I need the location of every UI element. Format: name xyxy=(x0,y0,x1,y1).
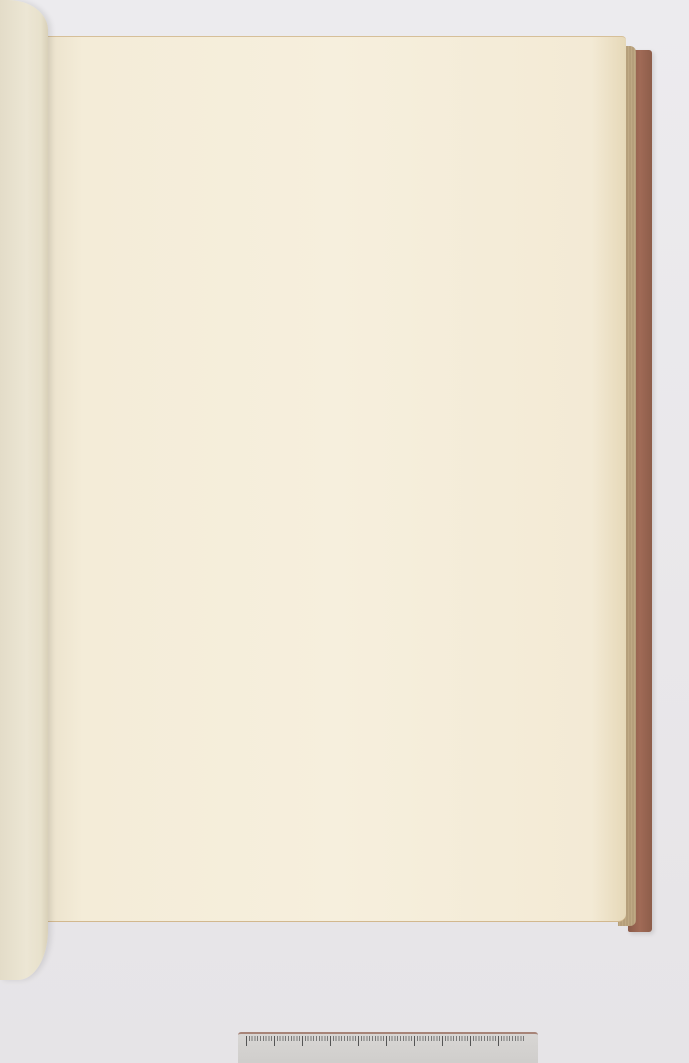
recto-page xyxy=(48,36,626,922)
ruler-ticks xyxy=(246,1036,526,1046)
scale-ruler xyxy=(238,1032,538,1063)
verso-page-curl xyxy=(0,0,48,980)
